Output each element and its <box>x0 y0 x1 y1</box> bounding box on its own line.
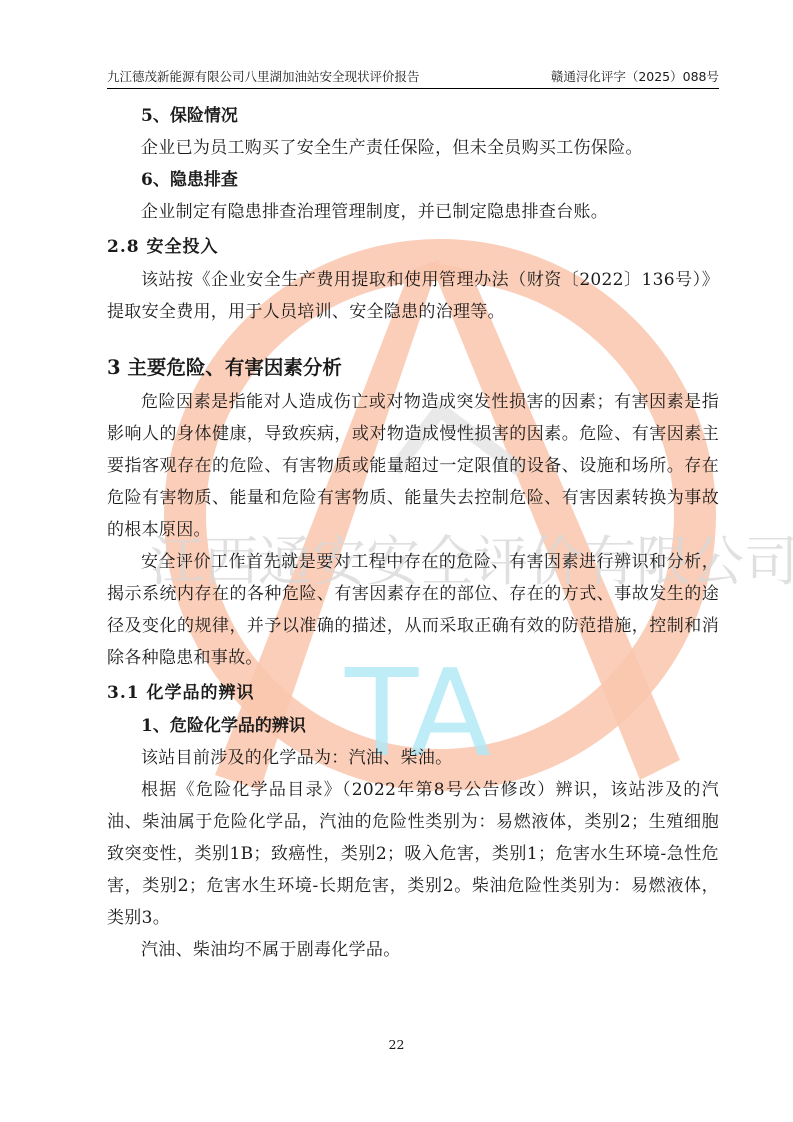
subheading-insurance: 5、保险情况 <box>107 100 719 132</box>
page-number: 22 <box>0 1037 793 1052</box>
document-page: 江西通安安全评价有限公司 TA 九江德茂新能源有限公司八里湖加油站安全现状评价报… <box>0 0 793 1122</box>
paragraph: 企业制定有隐患排查治理管理制度，并已制定隐患排查台账。 <box>107 196 719 228</box>
paragraph: 企业已为员工购买了安全生产责任保险，但未全员购买工伤保险。 <box>107 132 719 164</box>
chapter-heading-3: 3 主要危险、有害因素分析 <box>107 350 719 386</box>
section-heading-3-1: 3.1 化学品的辨识 <box>107 676 719 710</box>
header-report-title: 九江德茂新能源有限公司八里湖加油站安全现状评价报告 <box>107 68 420 86</box>
paragraph: 危险因素是指能对人造成伤亡或对物造成突发性损害的因素；有害因素是指影响人的身体健… <box>107 386 719 546</box>
subheading-hazard-inspection: 6、隐患排查 <box>107 164 719 196</box>
paragraph: 根据《危险化学品目录》（2022年第8号公告修改）辨识，该站涉及的汽油、柴油属于… <box>107 774 719 934</box>
paragraph: 该站按《企业安全生产费用提取和使用管理办法（财资〔2022〕136号）》提取安全… <box>107 264 719 328</box>
page-header: 九江德茂新能源有限公司八里湖加油站安全现状评价报告 赣通浔化评字（2025）08… <box>107 68 719 89</box>
paragraph: 该站目前涉及的化学品为：汽油、柴油。 <box>107 742 719 774</box>
subheading-hazardous-chemicals: 1、危险化学品的辨识 <box>107 710 719 742</box>
document-body: 5、保险情况 企业已为员工购买了安全生产责任保险，但未全员购买工伤保险。 6、隐… <box>107 100 719 966</box>
paragraph: 安全评价工作首先就是要对工程中存在的危险、有害因素进行辨识和分析，揭示系统内存在… <box>107 546 719 674</box>
header-document-number: 赣通浔化评字（2025）088号 <box>551 68 719 86</box>
paragraph: 汽油、柴油均不属于剧毒化学品。 <box>107 934 719 966</box>
section-heading-2-8: 2.8 安全投入 <box>107 230 719 264</box>
